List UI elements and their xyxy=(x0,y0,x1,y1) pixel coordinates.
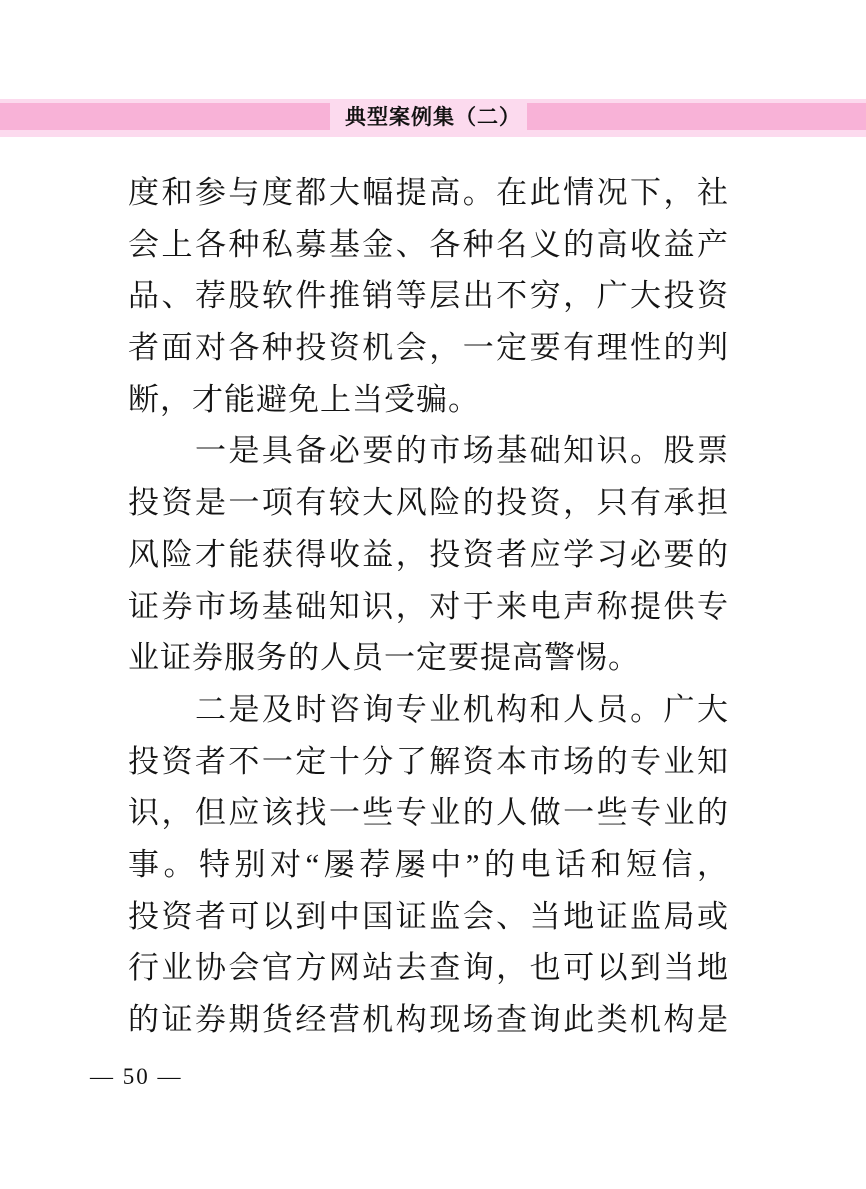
text-line: 业证券服务的人员一定要提高警惕。 xyxy=(128,632,728,684)
text-line: 度和参与度都大幅提高。在此情况下，社 xyxy=(128,167,728,219)
text-line: 风险才能获得收益，投资者应学习必要的 xyxy=(128,529,728,581)
text-line: 的证券期货经营机构现场查询此类机构是 xyxy=(128,994,728,1046)
body-text: 度和参与度都大幅提高。在此情况下，社 会上各种私募基金、各种名义的高收益产 品、… xyxy=(128,167,728,1046)
text-line: 二是及时咨询专业机构和人员。广大 xyxy=(128,684,728,736)
text-line: 会上各种私募基金、各种名义的高收益产 xyxy=(128,219,728,271)
text-line: 者面对各种投资机会，一定要有理性的判 xyxy=(128,322,728,374)
text-line: 投资是一项有较大风险的投资，只有承担 xyxy=(128,477,728,529)
text-line: 一是具备必要的市场基础知识。股票 xyxy=(128,425,728,477)
text-line: 断，才能避免上当受骗。 xyxy=(128,374,728,426)
text-line: 事。特别对“屡荐屡中”的电话和短信， xyxy=(128,839,728,891)
text-line: 识，但应该找一些专业的人做一些专业的 xyxy=(128,787,728,839)
book-page: 典型案例集（二） 度和参与度都大幅提高。在此情况下，社 会上各种私募基金、各种名… xyxy=(0,0,866,1189)
running-head-title: 典型案例集（二） xyxy=(0,101,866,135)
text-line: 投资者不一定十分了解资本市场的专业知 xyxy=(128,736,728,788)
page-number: — 50 — xyxy=(90,1064,183,1090)
text-line: 证券市场基础知识，对于来电声称提供专 xyxy=(128,581,728,633)
text-line: 投资者可以到中国证监会、当地证监局或 xyxy=(128,891,728,943)
text-line: 行业协会官方网站去查询，也可以到当地 xyxy=(128,942,728,994)
text-line: 品、荐股软件推销等层出不穷，广大投资 xyxy=(128,270,728,322)
